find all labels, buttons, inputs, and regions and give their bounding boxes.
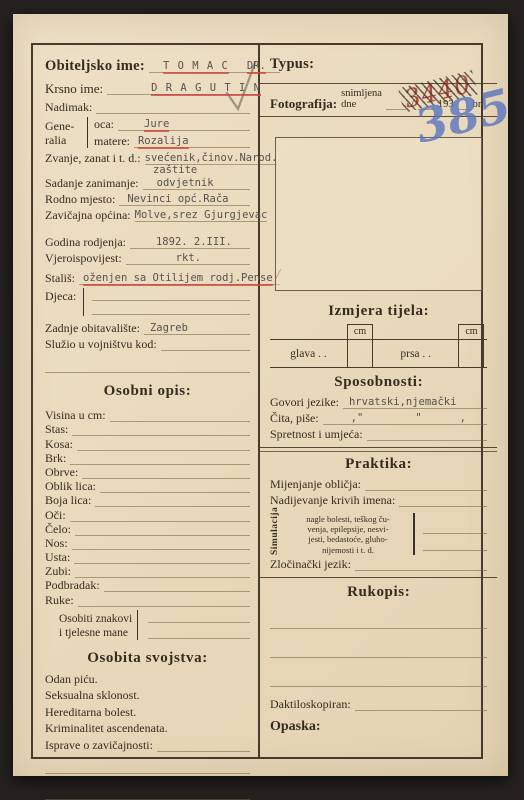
military-line xyxy=(161,337,250,351)
desc-row-face-shape: Oblik lica: xyxy=(45,479,250,493)
birthplace-label: Rodno mjesto: xyxy=(45,193,115,206)
handwriting-line-1 xyxy=(270,615,487,629)
trait-sexual: Seksualna sklonost. xyxy=(45,689,250,703)
nickname-label: Nadimak: xyxy=(45,101,92,114)
desc-label-hands: Ruke: xyxy=(45,594,74,607)
occupation-value-line2-row: zaštite xyxy=(45,165,250,176)
father-line: Jure xyxy=(118,117,250,131)
head-measure-label: glava . . xyxy=(270,340,347,367)
desc-row-build: Stas: xyxy=(45,422,250,436)
field-criminal-language: Zločinački jezik: xyxy=(270,557,487,571)
birthplace-line: Nevinci opć.Rača xyxy=(119,192,250,206)
personal-description-title: Osobni opis: xyxy=(45,383,250,400)
current-job-value: odvjetnik xyxy=(157,177,214,189)
birth-year-line: 1892. 2.III. xyxy=(130,235,250,249)
reads-line: ," " , xyxy=(323,411,488,425)
languages-line: hrvatski,njemački xyxy=(343,395,487,409)
desc-label-nose: Nos: xyxy=(45,537,68,550)
desc-label-hair: Kosa: xyxy=(45,438,73,451)
desc-row-hair: Kosa: xyxy=(45,436,250,450)
simulation-answer-line-2 xyxy=(423,534,487,551)
field-family-name: Obiteljsko ime: T O M A C DR. xyxy=(45,59,250,73)
religion-value: rkt. xyxy=(176,252,201,264)
disguise-line xyxy=(365,477,487,491)
desc-label-complexion: Boja lica: xyxy=(45,494,91,507)
mother-label: matere: xyxy=(94,135,130,148)
field-reads-writes: Čita, piše: ," " , xyxy=(270,411,487,425)
occupation-value: svećenik,činov.Narod. xyxy=(145,152,278,164)
desc-label-height: Visina u cm: xyxy=(45,409,106,422)
desc-label-face-shape: Oblik lica: xyxy=(45,480,96,493)
special-marks-lines xyxy=(144,610,250,640)
field-current-job: Sadanje zanimanje: odvjetnik xyxy=(45,176,250,190)
desc-label-build: Stas: xyxy=(45,423,68,436)
residence-label: Zadnje obitavalište: xyxy=(45,322,140,335)
photo-day-line xyxy=(386,96,408,110)
desc-line xyxy=(74,550,250,564)
field-birth-year: Godina rodjenja: 1892. 2.III. xyxy=(45,235,250,249)
marital-line: oženjen sa Otilijem rodj.Pense / xyxy=(79,267,280,285)
field-religion: Vjeroispovijest: rkt. xyxy=(45,251,250,265)
measurement-body-row: glava . . prsa . . xyxy=(270,339,487,368)
disguise-label: Mijenjanje obličja: xyxy=(270,478,361,491)
field-first-name: Krsno ime: D R A G U T I N xyxy=(45,81,250,95)
generalia-label-line2: ralia xyxy=(45,133,66,147)
field-documents: Isprave o zavičajnosti: xyxy=(45,738,250,752)
documents-label: Isprave o zavičajnosti: xyxy=(45,739,153,752)
field-languages: Govori jezike: hrvatski,njemački xyxy=(270,395,487,409)
false-names-label: Nadijevanje krivih imena: xyxy=(270,494,395,507)
skills-label: Spretnost i umjeća: xyxy=(270,428,363,441)
simulation-answer-lines xyxy=(415,513,487,555)
desc-line xyxy=(70,508,250,522)
desc-row-height: Visina u cm: xyxy=(45,408,250,422)
handwriting-line-3 xyxy=(270,673,487,687)
typus-label: Typus: xyxy=(270,58,314,71)
generalia-divider xyxy=(87,117,88,148)
first-name-value: D R A G U T I N xyxy=(151,82,261,94)
children-line-1 xyxy=(92,288,250,301)
first-name-label: Krsno ime: xyxy=(45,82,103,95)
special-marks-divider xyxy=(137,610,138,640)
card-frame: Obiteljsko ime: T O M A C DR. Krsno ime:… xyxy=(31,43,483,759)
desc-row-teeth: Zubi: xyxy=(45,564,250,578)
desc-line xyxy=(104,578,250,592)
birth-year-label: Godina rodjenja: xyxy=(45,236,126,249)
photograph-taken-text: snimljena dne xyxy=(341,88,382,110)
field-military-service: Služio u vojništvu kod: xyxy=(45,337,250,351)
family-name-value: T O M A C xyxy=(163,60,229,72)
desc-line xyxy=(75,522,250,536)
handwriting-title: Rukopis: xyxy=(270,584,487,601)
trait-criminality: Kriminalitet ascendenata. xyxy=(45,722,250,736)
registration-card-paper: Obiteljsko ime: T O M A C DR. Krsno ime:… xyxy=(13,14,508,776)
desc-row-forehead: Čelo: xyxy=(45,522,250,536)
special-marks-label-2: i tjelesne mane xyxy=(59,627,128,639)
section-rule xyxy=(260,577,497,578)
simulation-line-1: nagle bolesti, teškog ču- xyxy=(306,514,390,524)
criminal-language-label: Zločinački jezik: xyxy=(270,558,351,571)
simulation-line-3: jesti, bedastoće, gluho- xyxy=(308,534,387,544)
fingerprinted-label: Daktiloskopiran: xyxy=(270,698,351,711)
desc-label-chin: Podbradak: xyxy=(45,579,100,592)
religion-line: rkt. xyxy=(126,251,250,265)
cm-header-head: cm xyxy=(347,324,373,339)
chest-measure-label: prsa . . xyxy=(373,340,458,367)
desc-line xyxy=(100,479,250,493)
chest-measure-cell xyxy=(458,340,484,367)
handwriting-line-2 xyxy=(270,644,487,658)
documents-extra-line-2 xyxy=(45,786,250,800)
special-marks-block: Osobiti znakovi i tjelesne mane xyxy=(45,610,250,640)
desc-line xyxy=(72,422,250,436)
simulation-line-2: venja, epilepsije, nesvi- xyxy=(307,524,388,534)
desc-label-teeth: Zubi: xyxy=(45,565,71,578)
description-rows: Visina u cm: Stas: Kosa: Brk: Obrve: Obl… xyxy=(45,408,250,607)
spare-line xyxy=(45,359,250,373)
children-lines xyxy=(90,288,250,316)
false-names-line xyxy=(399,493,487,507)
children-divider xyxy=(83,288,84,316)
desc-line xyxy=(72,536,250,550)
desc-label-forehead: Čelo: xyxy=(45,523,71,536)
simulation-vertical-label: Simulacija xyxy=(270,513,283,555)
municipality-label: Zavičajna općina: xyxy=(45,209,131,222)
generalia-label-line1: Gene- xyxy=(45,119,74,133)
simulation-line-4: nijemosti i t. d. xyxy=(322,545,374,555)
simulation-description: nagle bolesti, teškog ču- venja, epileps… xyxy=(283,513,415,555)
reads-ditto-2: " xyxy=(415,412,421,424)
field-father: oca: Jure xyxy=(94,117,250,131)
desc-row-hands: Ruke: xyxy=(45,592,250,606)
photo-placeholder-box xyxy=(275,137,482,291)
reads-label: Čita, piše: xyxy=(270,412,319,425)
residence-line: Zagreb xyxy=(144,321,250,335)
trait-drink: Odan piću. xyxy=(45,673,250,687)
municipality-line: Molve,srez Gjurgjevac xyxy=(135,208,268,222)
desc-line xyxy=(77,437,250,451)
desc-row-moustache: Brk: xyxy=(45,451,250,465)
cm-header-chest: cm xyxy=(458,324,484,339)
desc-line xyxy=(70,451,250,465)
marital-value: oženjen sa Otilijem rodj.Pense xyxy=(83,272,273,284)
desc-line xyxy=(75,564,250,578)
desc-label-eyebrows: Obrve: xyxy=(45,466,78,479)
generalia-label: Gene- ralia xyxy=(45,117,87,148)
generalia-rows: oca: Jure matere: Rozalija xyxy=(94,117,250,148)
desc-line xyxy=(78,593,250,607)
right-column: 3440 385 Typus: Fotografija: snimljena d… xyxy=(260,45,497,757)
mother-line: Rozalija xyxy=(134,134,250,148)
simulation-block: Simulacija nagle bolesti, teškog ču- ven… xyxy=(270,513,487,555)
left-column: Obiteljsko ime: T O M A C DR. Krsno ime:… xyxy=(33,45,260,757)
documents-line xyxy=(157,738,250,752)
first-name-line: D R A G U T I N xyxy=(107,81,261,95)
body-measurement-title: Izmjera tijela: xyxy=(270,303,487,320)
cm-header-row: cm cm xyxy=(270,324,487,339)
desc-line xyxy=(110,408,250,422)
special-traits-title: Osobita svojstva: xyxy=(45,650,250,667)
section-double-rule xyxy=(260,447,497,452)
birthplace-value: Nevinci opć.Rača xyxy=(127,193,228,205)
children-block: Djeca: xyxy=(45,288,250,316)
field-mother: matere: Rozalija xyxy=(94,134,250,148)
desc-row-mouth: Usta: xyxy=(45,550,250,564)
current-job-label: Sadanje zanimanje: xyxy=(45,177,139,190)
fingerprinted-line xyxy=(355,697,488,711)
military-label: Služio u vojništvu kod: xyxy=(45,338,157,351)
head-measure-cell xyxy=(347,340,373,367)
photograph-label: Fotografija: xyxy=(270,97,337,110)
current-job-line: odvjetnik xyxy=(143,176,250,190)
mother-value: Rozalija xyxy=(138,135,189,147)
field-marital-status: Stališ: oženjen sa Otilijem rodj.Pense / xyxy=(45,267,250,285)
field-nickname: Nadimak: xyxy=(45,100,250,114)
special-marks-label-1: Osobiti znakovi xyxy=(59,613,132,625)
desc-line xyxy=(95,493,250,507)
residence-value: Zagreb xyxy=(150,322,188,334)
measurement-table: cm cm glava . . prsa . . xyxy=(270,324,487,368)
children-label: Djeca: xyxy=(45,288,83,316)
nickname-line xyxy=(96,100,250,114)
desc-label-mouth: Usta: xyxy=(45,551,70,564)
religion-label: Vjeroispovijest: xyxy=(45,252,122,265)
occupation-label: Zvanje, zanat i t. d.: xyxy=(45,152,141,165)
desc-row-complexion: Boja lica: xyxy=(45,493,250,507)
field-last-residence: Zadnje obitavalište: Zagreb xyxy=(45,321,250,335)
generalia-block: Gene- ralia oca: Jure matere: Rozalija xyxy=(45,117,250,148)
languages-label: Govori jezike: xyxy=(270,396,339,409)
field-typus: Typus: xyxy=(270,57,487,71)
children-line-2 xyxy=(92,301,250,315)
desc-row-eyebrows: Obrve: xyxy=(45,465,250,479)
field-occupation: Zvanje, zanat i t. d.: svećenik,činov.Na… xyxy=(45,151,250,165)
special-marks-line-1 xyxy=(148,610,250,623)
birth-year-value: 1892. 2.III. xyxy=(156,236,232,248)
abilities-title: Sposobnosti: xyxy=(270,374,487,391)
desc-line xyxy=(82,465,250,479)
field-remark: Opaska: xyxy=(270,719,487,733)
field-municipality: Zavičajna općina: Molve,srez Gjurgjevac xyxy=(45,208,250,222)
desc-row-eyes: Oči: xyxy=(45,507,250,521)
municipality-value: Molve,srez Gjurgjevac xyxy=(135,209,268,221)
desc-row-chin: Podbradak: xyxy=(45,578,250,592)
trait-hereditary: Hereditarna bolest. xyxy=(45,706,250,720)
documents-extra-line-1 xyxy=(45,760,250,774)
skills-line xyxy=(367,427,488,441)
reads-ditto-3: , xyxy=(460,412,466,424)
occupation-line: svećenik,činov.Narod. xyxy=(145,151,278,165)
field-skills: Spretnost i umjeća: xyxy=(270,427,487,441)
languages-value: hrvatski,njemački xyxy=(349,396,456,408)
simulation-answer-line-1 xyxy=(423,517,487,534)
reads-ditto-1: ," xyxy=(351,412,364,424)
criminal-language-line xyxy=(355,557,487,571)
father-label: oca: xyxy=(94,118,114,131)
practice-title: Praktika: xyxy=(270,456,487,473)
desc-row-nose: Nos: xyxy=(45,536,250,550)
field-disguise: Mijenjanje obličja: xyxy=(270,477,487,491)
marital-label: Stališ: xyxy=(45,272,75,285)
desc-label-eyes: Oči: xyxy=(45,509,66,522)
occupation-value-line2: zaštite xyxy=(153,164,197,176)
field-birthplace: Rodno mjesto: Nevinci opć.Rača xyxy=(45,192,250,206)
field-fingerprinted: Daktiloskopiran: xyxy=(270,697,487,711)
desc-label-moustache: Brk: xyxy=(45,452,66,465)
family-name-label: Obiteljsko ime: xyxy=(45,60,145,73)
field-false-names: Nadijevanje krivih imena: xyxy=(270,493,487,507)
special-marks-line-2 xyxy=(148,623,250,639)
father-value: Jure xyxy=(144,118,169,130)
remark-label: Opaska: xyxy=(270,720,321,733)
